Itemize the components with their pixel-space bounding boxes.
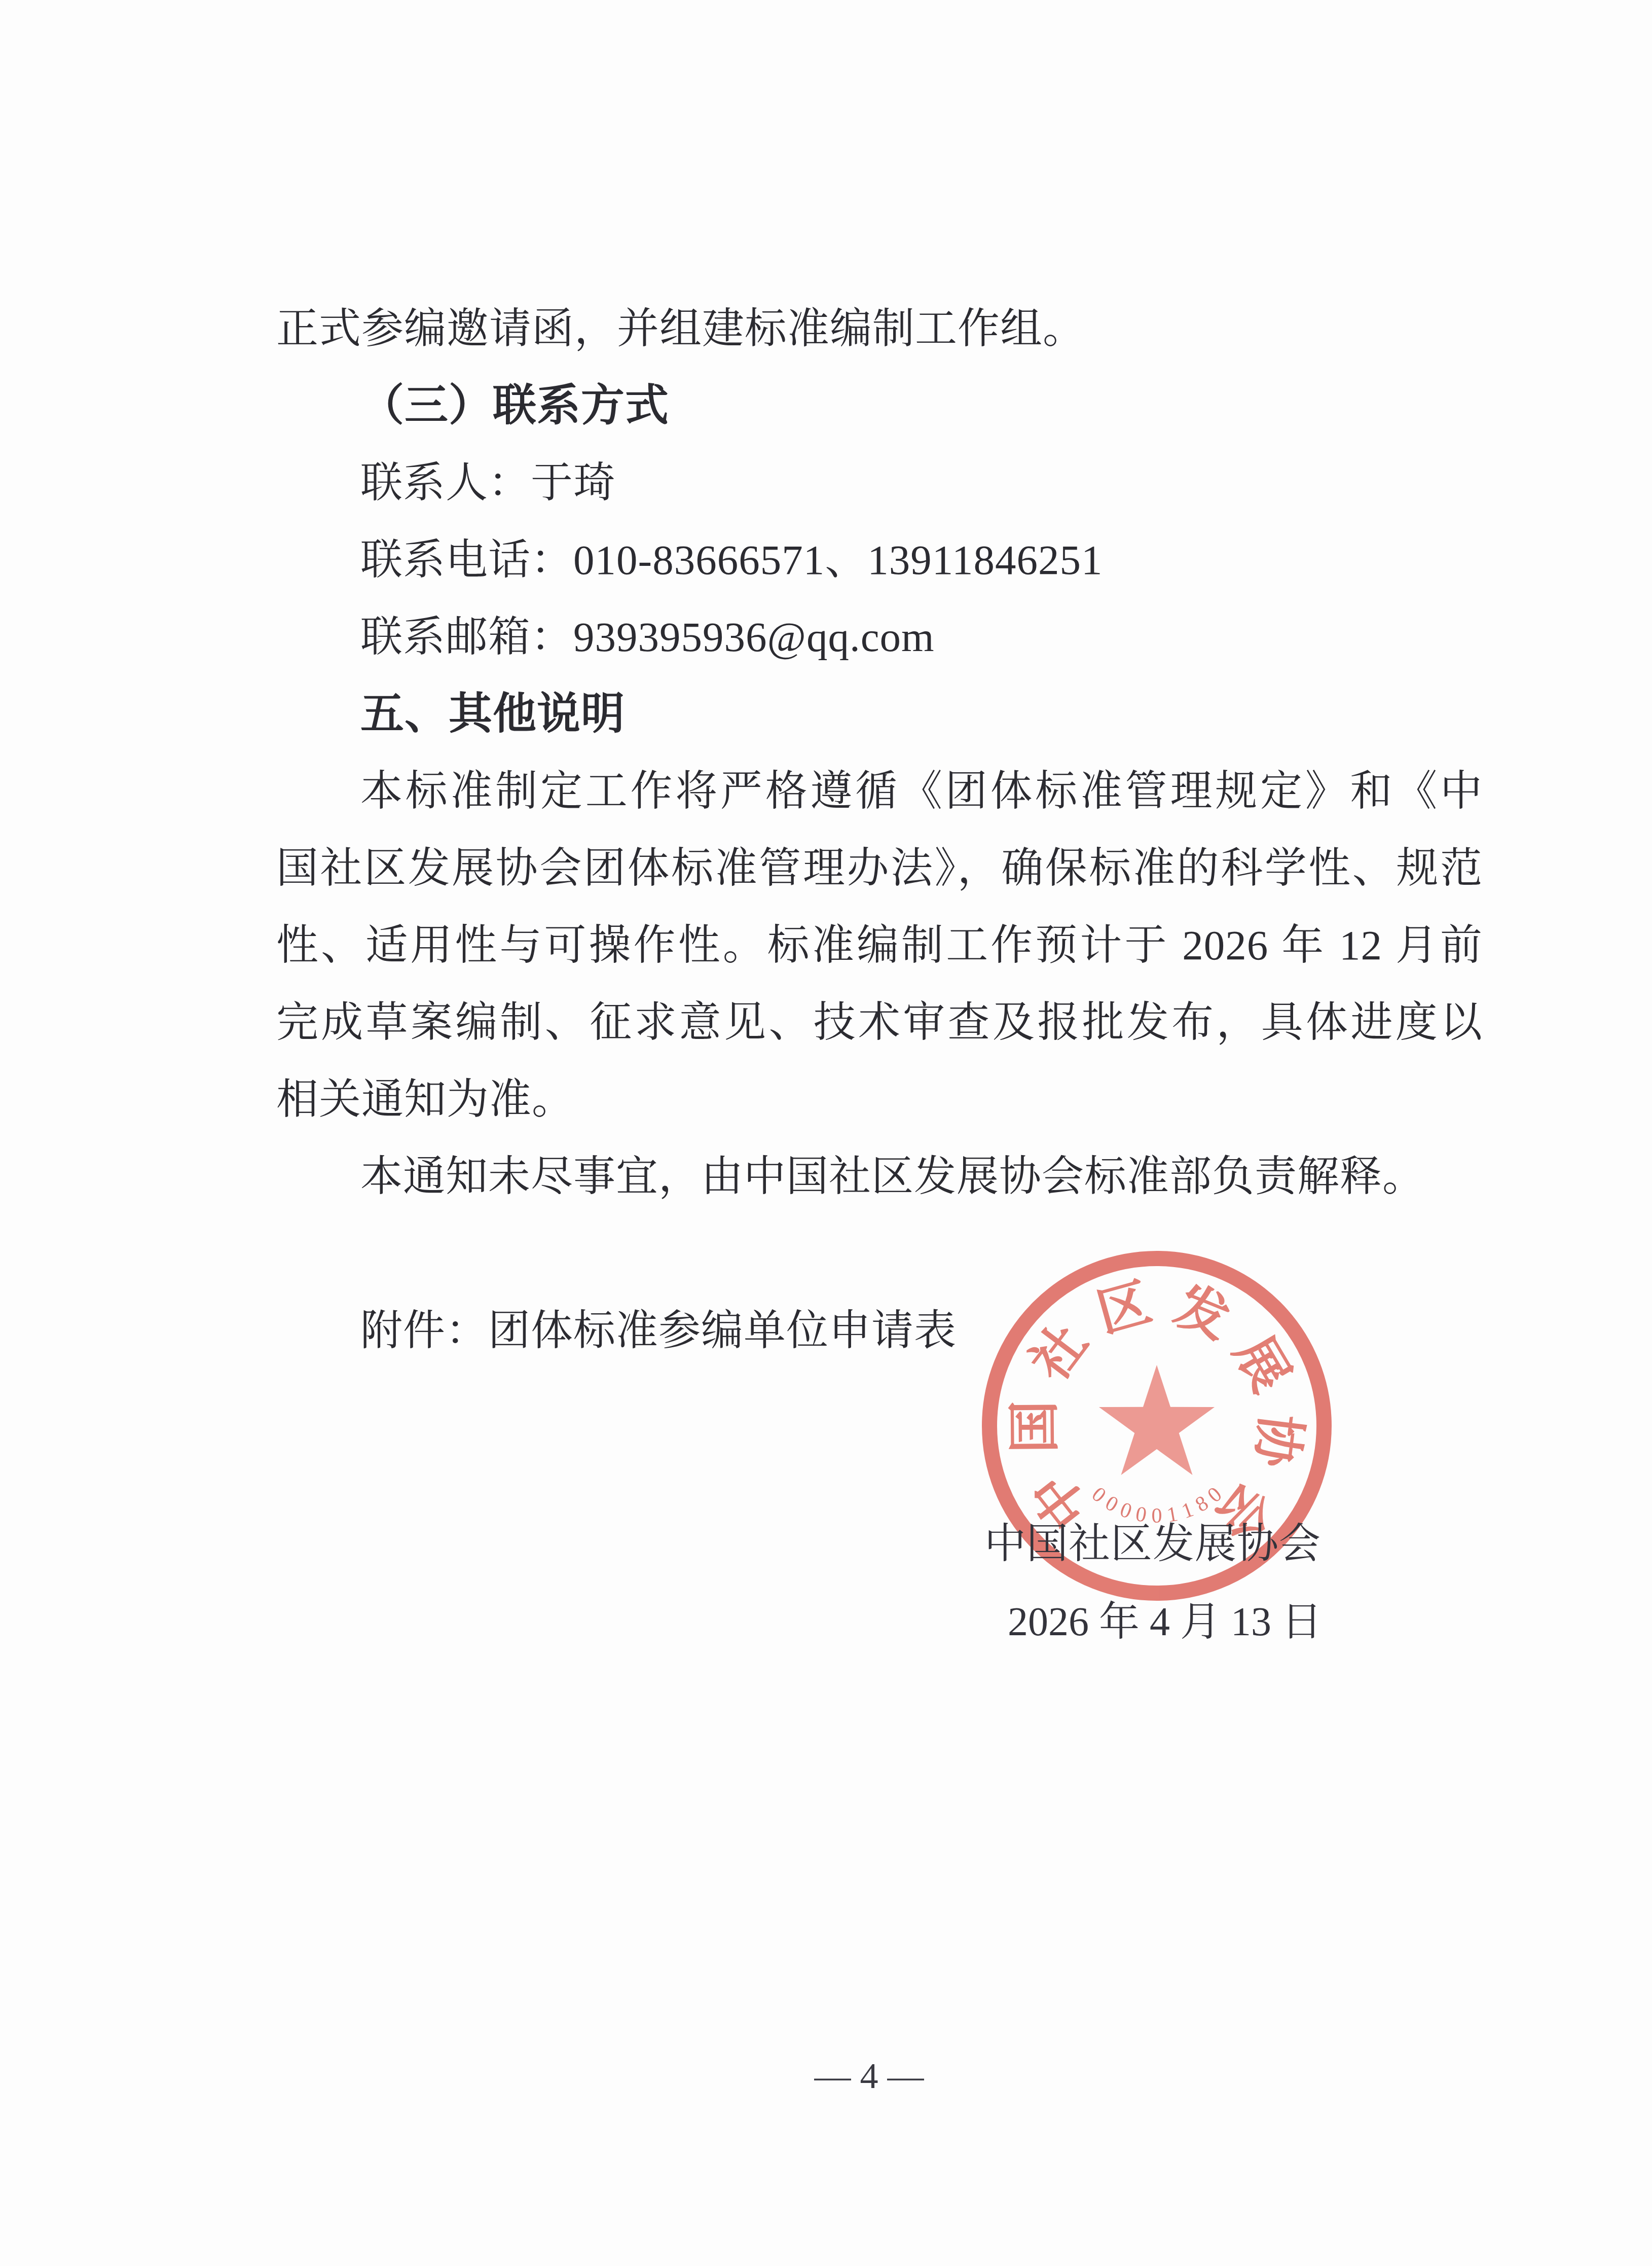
svg-text:发: 发 — [1167, 1276, 1238, 1350]
text-line: 联系邮箱：939395936@qq.com — [276, 598, 1483, 675]
svg-text:区: 区 — [1091, 1273, 1157, 1344]
seal-star-icon — [1099, 1365, 1215, 1475]
text-line: 联系人：于琦 — [276, 444, 1483, 521]
page-number: — 4 — — [0, 2053, 1652, 2099]
text-line: 五、其他说明 — [276, 675, 1483, 752]
text-line: （三）联系方式 — [276, 367, 1483, 444]
text-line: 正式参编邀请函，并组建标准编制工作组。 — [276, 290, 1483, 367]
signature-date: 2026 年 4 月 13 日 — [1008, 1600, 1393, 1644]
scanned-document-page: { "document": { "lines": [ { "text": "正式… — [0, 0, 1652, 2266]
signature-org: 中国社区发展协会 — [984, 1522, 1370, 1566]
svg-text:展: 展 — [1223, 1326, 1300, 1401]
text-line: 本通知未尽事宜，由中国社区发展协会标准部负责解释。 — [276, 1138, 1483, 1215]
svg-text:协: 协 — [1245, 1411, 1309, 1472]
svg-text:国: 国 — [1006, 1400, 1064, 1454]
text-line: 相关通知为准。 — [276, 1061, 1483, 1138]
text-line: 性、适用性与可操作性。标准编制工作预计于 2026 年 12 月前 — [276, 907, 1483, 984]
text-line: 国社区发展协会团体标准管理办法》，确保标准的科学性、规范 — [276, 830, 1483, 907]
document-body: 正式参编邀请函，并组建标准编制工作组。（三）联系方式联系人：于琦联系电话：010… — [276, 290, 1483, 1369]
text-line: 本标准制定工作将严格遵循《团体标准管理规定》和《中 — [276, 752, 1483, 830]
text-line: 联系电话：010-83666571、13911846251 — [276, 521, 1483, 598]
text-line: 完成草案编制、征求意见、技术审查及报批发布，具体进度以 — [276, 984, 1483, 1061]
svg-text:0: 0 — [1117, 1498, 1134, 1523]
